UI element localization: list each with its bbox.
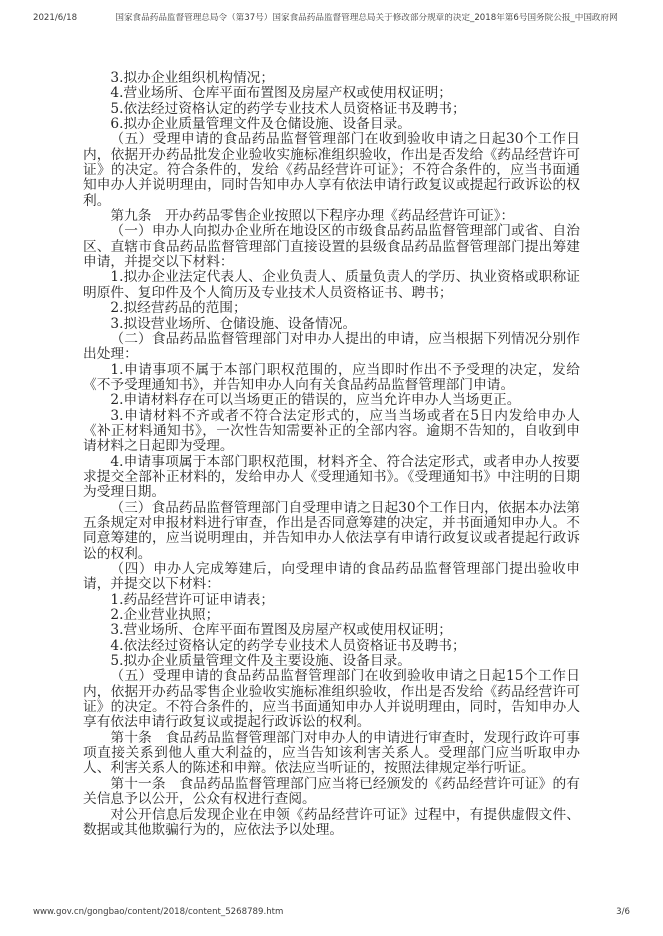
print-date: 2021/6/18 xyxy=(33,13,77,24)
doc-paragraph: 1.药品经营许可证申请表； xyxy=(83,593,580,608)
doc-paragraph: （五）受理申请的食品药品监督管理部门在收到验收申请之日起15个工作日内，依据开办… xyxy=(83,669,580,730)
doc-paragraph: （五）受理申请的食品药品监督管理部门在收到验收申请之日起30个工作日内，依据开办… xyxy=(83,132,580,209)
page-title: 国家食品药品监督管理总局令（第37号）国家食品药品监督管理总局关于修改部分规章的… xyxy=(77,13,630,24)
doc-paragraph: 4.依法经过资格认定的药学专业技术人员资格证书及聘书； xyxy=(83,639,580,654)
doc-paragraph-article-11: 第十一条 食品药品监督管理部门应当将已经颁发的《药品经营许可证》的有关信息予以公… xyxy=(83,777,580,808)
doc-paragraph: 4.申请事项属于本部门职权范围，材料齐全、符合法定形式，或者申办人按要求提交全部… xyxy=(83,455,580,501)
page-number: 3/6 xyxy=(616,907,630,918)
doc-paragraph: 3.申请材料不齐或者不符合法定形式的，应当当场或者在5日内发给申办人《补正材料通… xyxy=(83,409,580,455)
doc-paragraph-article-10: 第十条 食品药品监督管理部门对申办人的申请进行审查时，发现行政许可事项直接关系到… xyxy=(83,731,580,777)
doc-paragraph: 2.申请材料存在可以当场更正的错误的，应当允许申办人当场更正。 xyxy=(83,393,580,408)
doc-paragraph: 1.申请事项不属于本部门职权范围的，应当即时作出不予受理的决定，发给《不予受理通… xyxy=(83,363,580,394)
doc-paragraph: 5.依法经过资格认定的药学专业技术人员资格证书及聘书； xyxy=(83,102,580,117)
doc-paragraph: （一）申办人向拟办企业所在地设区的市级食品药品监督管理部门或省、自治区、直辖市食… xyxy=(83,224,580,270)
doc-paragraph: 4.营业场所、仓库平面布置图及房屋产权或使用权证明； xyxy=(83,86,580,101)
doc-paragraph: （二）食品药品监督管理部门对申办人提出的申请，应当根据下列情况分别作出处理： xyxy=(83,332,580,363)
doc-paragraph: 3.拟设营业场所、仓储设施、设备情况。 xyxy=(83,317,580,332)
doc-paragraph: 3.营业场所、仓库平面布置图及房屋产权或使用权证明； xyxy=(83,623,580,638)
doc-paragraph: 对公开信息后发现企业在申领《药品经营许可证》过程中，有提供虚假文件、数据或其他欺… xyxy=(83,808,580,839)
doc-paragraph: 2.拟经营药品的范围； xyxy=(83,301,580,316)
document-body: 3.拟办企业组织机构情况； 4.营业场所、仓库平面布置图及房屋产权或使用权证明；… xyxy=(83,71,580,838)
source-url: www.gov.cn/gongbao/content/2018/content_… xyxy=(33,907,283,918)
doc-paragraph: （四）申办人完成筹建后，向受理申请的食品药品监督管理部门提出验收申请，并提交以下… xyxy=(83,562,580,593)
print-footer: www.gov.cn/gongbao/content/2018/content_… xyxy=(33,907,630,918)
doc-paragraph: 1.拟办企业法定代表人、企业负责人、质量负责人的学历、执业资格或职称证明原件、复… xyxy=(83,270,580,301)
doc-paragraph: （三）食品药品监督管理部门自受理申请之日起30个工作日内，依据本办法第五条规定对… xyxy=(83,501,580,562)
print-header: 2021/6/18 国家食品药品监督管理总局令（第37号）国家食品药品监督管理总… xyxy=(33,13,630,24)
print-preview-page: 2021/6/18 国家食品药品监督管理总局令（第37号）国家食品药品监督管理总… xyxy=(0,0,663,936)
